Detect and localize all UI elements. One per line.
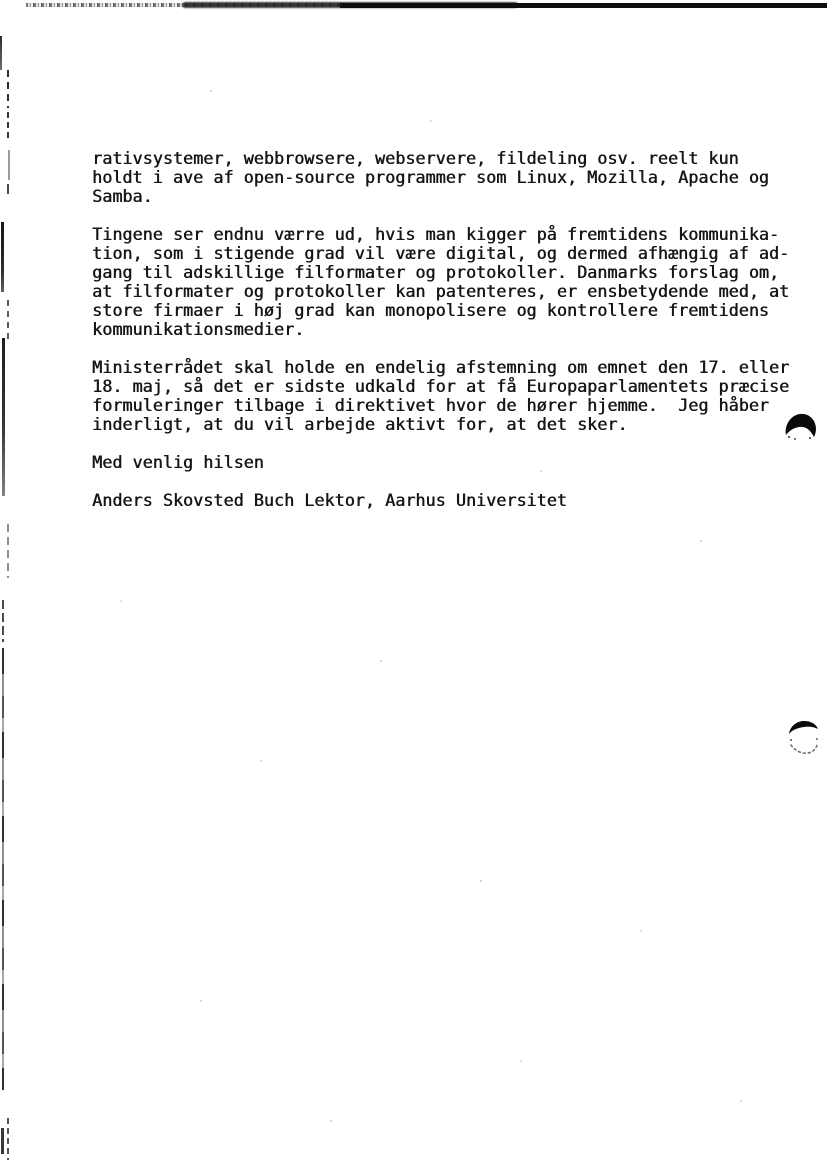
scanned-letter-page: rativsystemer, webbrowsere, webservere, …: [0, 0, 827, 1163]
letter-line: gang til adskillige filformater og proto…: [92, 263, 802, 282]
scan-artifact-left-edge: [7, 70, 9, 108]
letter-line: formuleringer tilbage i direktivet hvor …: [92, 396, 802, 415]
letter-paragraph: Ministerrådet skal holde en endelig afst…: [92, 358, 802, 434]
scan-artifact-left-edge: [0, 36, 2, 70]
letter-body: rativsystemer, webbrowsere, webservere, …: [92, 149, 802, 529]
letter-line: at filformater og protokoller kan patent…: [92, 282, 802, 301]
letter-paragraph: rativsystemer, webbrowsere, webservere, …: [92, 149, 802, 206]
signature-line: Anders Skovsted Buch Lektor, Aarhus Univ…: [92, 491, 802, 510]
letter-line: holdt i ave af open-source programmer so…: [92, 168, 802, 187]
letter-line: Samba.: [92, 187, 802, 206]
scan-artifact-left-edge: [2, 648, 4, 1090]
letter-line: Ministerrådet skal holde en endelig afst…: [92, 358, 802, 377]
scan-artifact-blob-ring: [787, 719, 821, 761]
letter-line: Tingene ser endnu værre ud, hvis man kig…: [92, 225, 802, 244]
letter-line: inderligt, at du vil arbejde aktivt for,…: [92, 415, 802, 434]
scan-artifact-left-edge: [7, 300, 9, 340]
scan-artifact-left-edge: [7, 1118, 9, 1160]
scan-artifact-left-edge: [7, 524, 9, 578]
letter-closing: Med venlig hilsen: [92, 453, 802, 472]
letter-line: rativsystemer, webbrowsere, webservere, …: [92, 149, 802, 168]
scan-artifact-top-line: [340, 3, 827, 8]
letter-line: kommunikationsmedier.: [92, 320, 802, 339]
scan-noise-specks: [0, 0, 2, 2]
scan-artifact-blob-crescent: [783, 411, 819, 447]
letter-line: 18. maj, så det er sidste udkald for at …: [92, 377, 802, 396]
letter-signature: Anders Skovsted Buch Lektor, Aarhus Univ…: [92, 491, 802, 510]
scan-artifact-left-edge: [1, 222, 4, 292]
scan-artifact-left-edge: [8, 150, 10, 180]
scan-artifact-left-edge: [1, 1128, 4, 1154]
letter-line: store firmaer i høj grad kan monopoliser…: [92, 301, 802, 320]
closing-line: Med venlig hilsen: [92, 453, 802, 472]
scan-artifact-left-edge: [7, 112, 9, 138]
letter-line: tion, som i stigende grad vil være digit…: [92, 244, 802, 263]
scan-artifact-left-edge: [2, 338, 5, 496]
scan-artifact-left-edge: [7, 184, 9, 194]
scan-artifact-left-edge: [2, 600, 4, 642]
letter-paragraph: Tingene ser endnu værre ud, hvis man kig…: [92, 225, 802, 339]
